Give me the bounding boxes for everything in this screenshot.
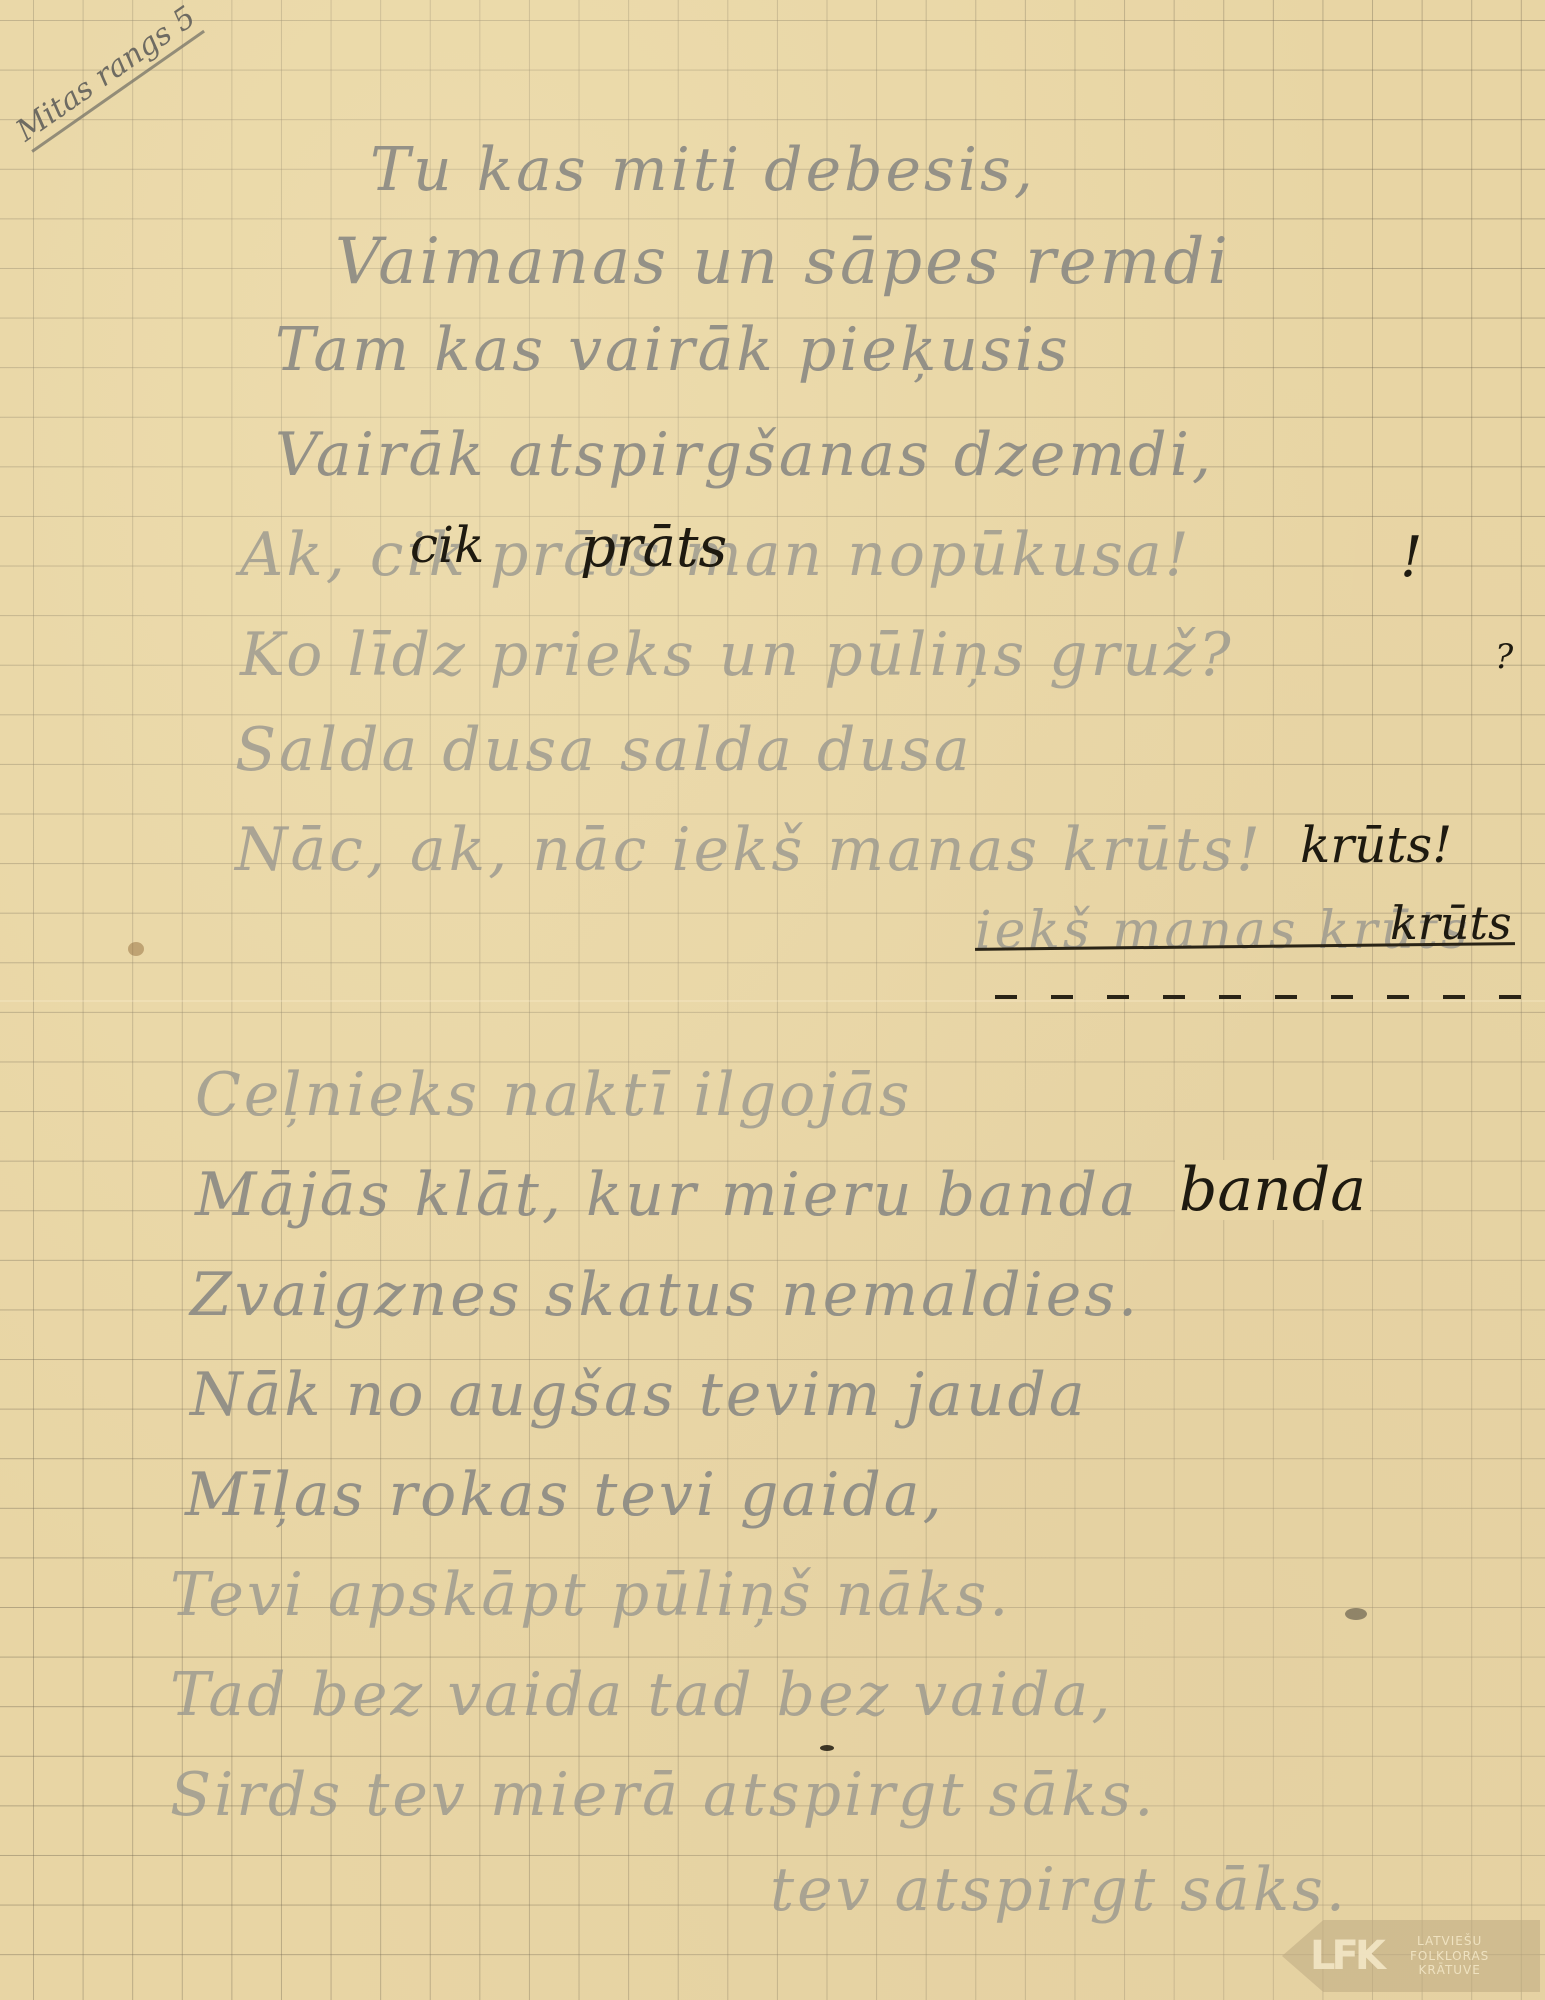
stanza-2-line-9: tev atspirgt sāks. [770, 1860, 1348, 1920]
watermark-text: LATVIEŠU FOLKLORAS KRĀTUVE [1410, 1934, 1489, 1977]
stanza-1-line-2: Vaimanas un sāpes remdi [335, 230, 1231, 294]
ink-exclamation: ! [1400, 530, 1423, 586]
stanza-1-line-1: Tu kas miti debesis, [370, 140, 1036, 200]
stanza-2-line-2: Mājās klāt, kur mieru banda [195, 1165, 1139, 1225]
ink-word-banda: banda [1175, 1160, 1370, 1220]
stanza-1-line-8: Nāc, ak, nāc iekš manas krūts! [235, 820, 1263, 880]
lfk-logo-icon: LFK [1310, 1933, 1410, 1979]
stanza-2-line-5: Mīļas rokas tevi gaida, [185, 1465, 945, 1525]
ink-word-kruts-2: krūts [1390, 900, 1512, 946]
paper-fold [0, 1000, 1545, 1002]
stanza-1-line-6: Ko līdz prieks un pūliņs gruž? [240, 625, 1234, 685]
ink-word-kruts-1: krūts! [1300, 820, 1452, 870]
ink-word-cik: cik [410, 520, 484, 570]
watermark-line-3: KRĀTUVE [1410, 1963, 1489, 1977]
stanza-2-line-6: Tevi apskāpt pūliņš nāks. [170, 1565, 1011, 1625]
stanza-2-line-8: Sirds tev mierā atspirgt sāks. [170, 1765, 1156, 1825]
ink-smudge [1345, 1608, 1367, 1620]
ink-word-prats: prāts [580, 520, 727, 576]
stanza-1-line-3: Tam kas vairāk pieķusis [275, 320, 1071, 380]
ink-question-mark: ? [1495, 640, 1513, 674]
stanza-2-line-1: Ceļnieks naktī ilgojās [195, 1065, 912, 1125]
watermark-line-1: LATVIEŠU [1410, 1934, 1489, 1948]
stanza-1-line-4: Vairāk atspirgšanas dzemdi, [275, 425, 1214, 485]
ink-macron-mark [820, 1745, 834, 1751]
paper-stain [128, 942, 144, 956]
dashed-separator [995, 995, 1525, 999]
watermark-line-2: FOLKLORAS [1410, 1949, 1489, 1963]
stanza-1-line-7: Salda dusa salda dusa [235, 720, 973, 780]
stanza-2-line-4: Nāk no augšas tevim jauda [190, 1365, 1088, 1425]
archive-watermark: LFK LATVIEŠU FOLKLORAS KRĀTUVE [1282, 1920, 1540, 1992]
stanza-2-line-7: Tad bez vaida tad bez vaida, [170, 1665, 1113, 1725]
stanza-2-line-3: Zvaigznes skatus nemaldies. [190, 1265, 1140, 1325]
